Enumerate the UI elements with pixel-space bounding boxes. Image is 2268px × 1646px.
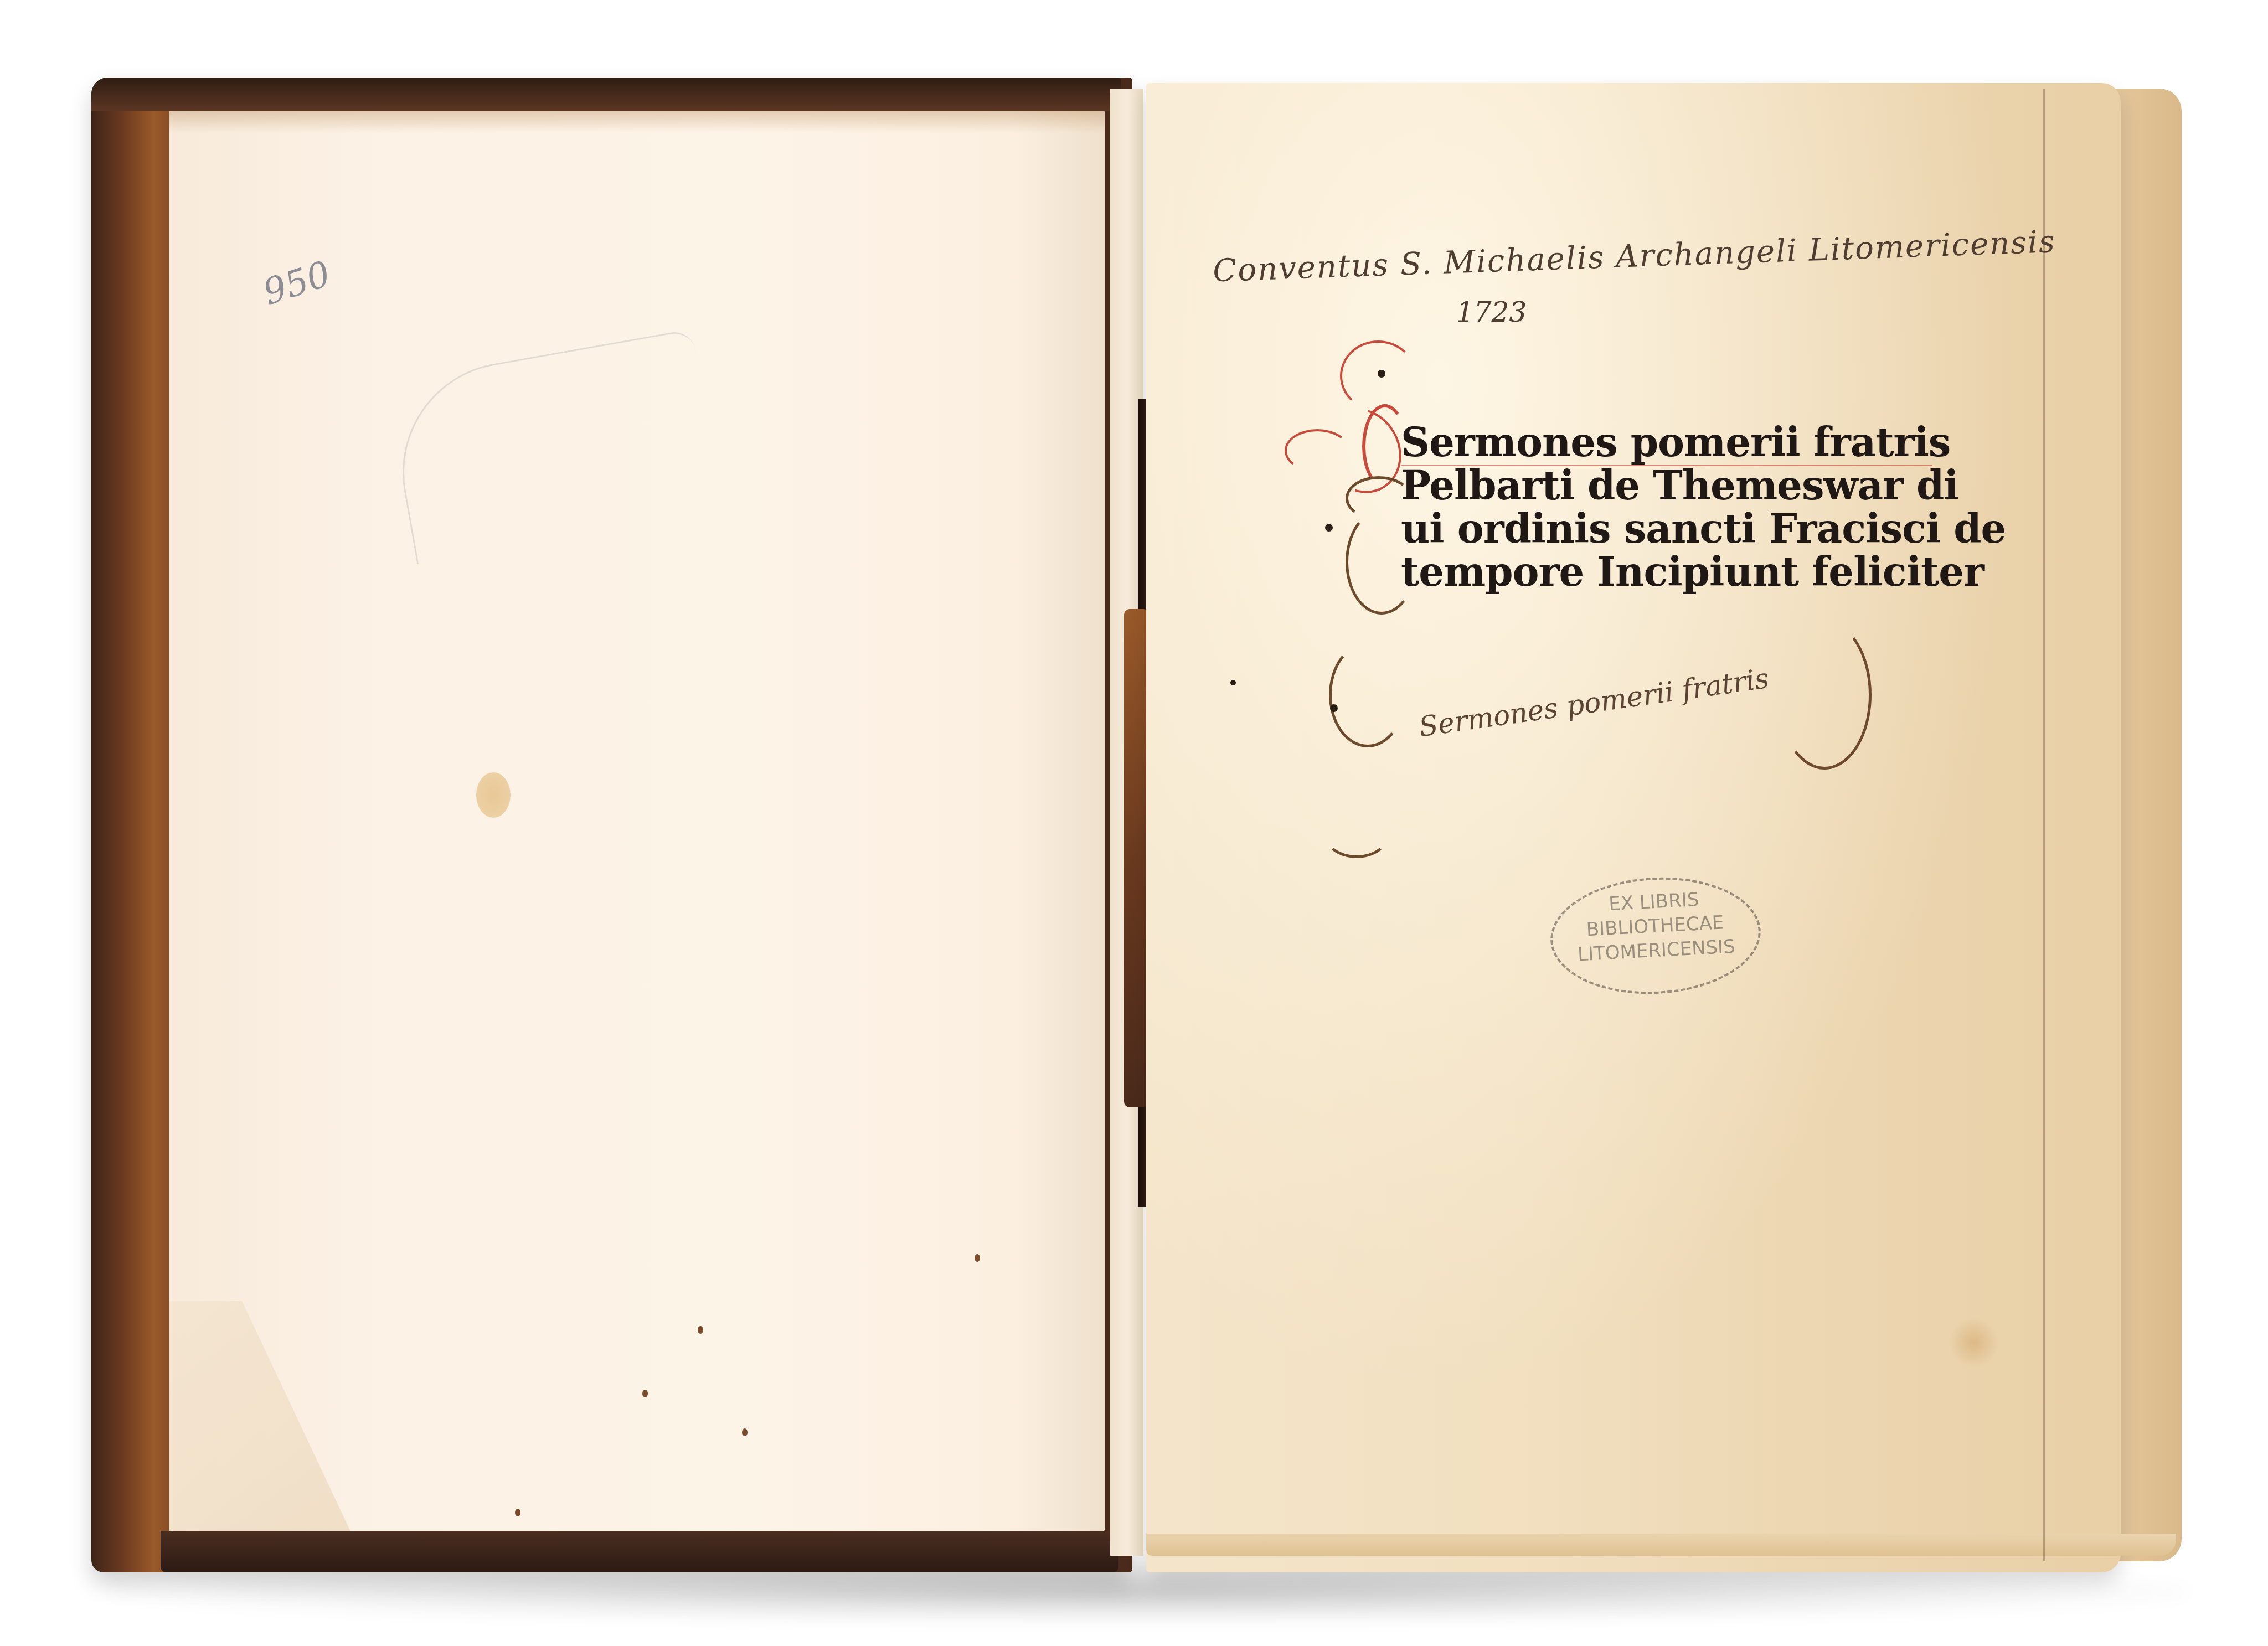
paper-damage-stain (1949, 1318, 1999, 1368)
title-line: tempore Incipiunt feliciter (1401, 550, 1932, 594)
ink-dot (1378, 370, 1385, 378)
wormhole (975, 1254, 980, 1262)
wormhole (698, 1326, 703, 1334)
ink-dot (1330, 704, 1338, 712)
left-flyleaf-page (169, 111, 1105, 1531)
ink-dot (1230, 680, 1236, 685)
title-line: ui ordinis sancti Fracisci de (1401, 507, 1932, 550)
inscription-year: 1723 (1456, 296, 1527, 328)
exposed-spine-leather (1124, 609, 1149, 1107)
foxing-stain (476, 772, 511, 818)
title-line: Sermones pomerii fratris (1401, 421, 1932, 464)
right-page-fold-line (2043, 89, 2045, 1561)
title-line: Pelbarti de Themeswar di (1401, 464, 1932, 507)
left-cover-top-edge (91, 78, 1121, 111)
right-page-bottom-edge (1146, 1534, 2176, 1556)
wormhole (515, 1509, 520, 1516)
ink-flourish (1777, 620, 1872, 770)
ink-flourish (1323, 808, 1390, 858)
left-page-top-stain (169, 111, 1105, 133)
ink-dot (1325, 524, 1333, 532)
wormhole (742, 1428, 748, 1436)
left-cover-bottom-edge (161, 1531, 1118, 1572)
printed-title: Sermones pomerii fratris Pelbarti de The… (1401, 421, 1932, 594)
ink-flourish (1329, 642, 1406, 747)
ink-flourish (1346, 509, 1417, 615)
wormhole (642, 1390, 648, 1397)
